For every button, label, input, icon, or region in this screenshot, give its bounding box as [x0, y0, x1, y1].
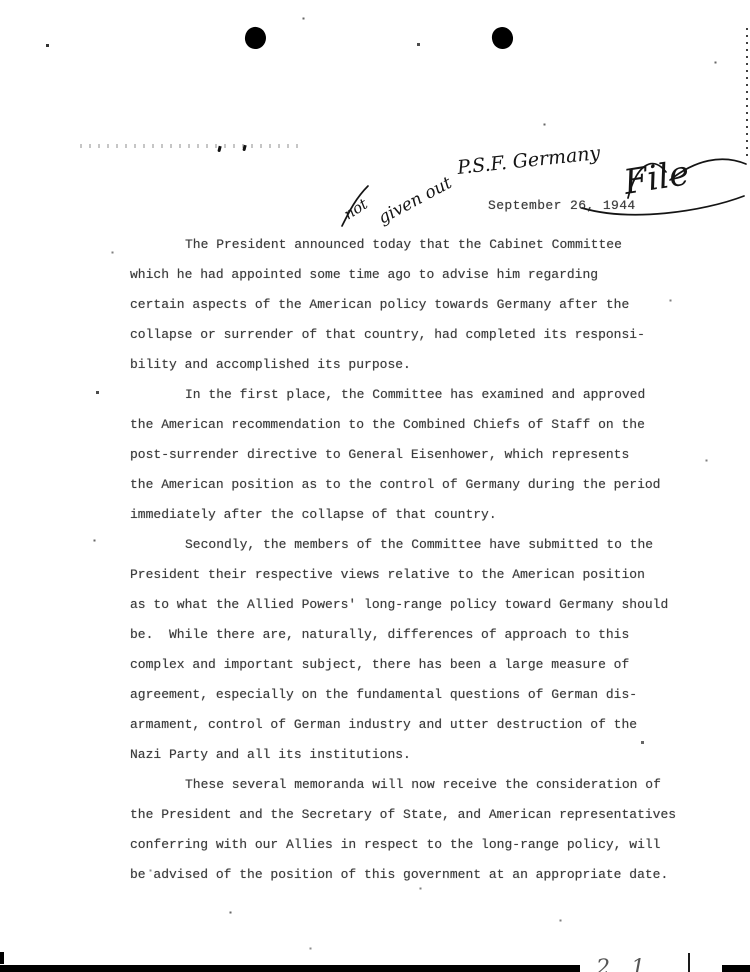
faded-type-row — [80, 144, 305, 148]
bottom-scan-bar — [0, 965, 580, 972]
annotation-word-given-out: given out — [375, 173, 455, 228]
paragraph-announcement: The President announced today that the C… — [130, 230, 690, 380]
punch-hole-right — [491, 26, 515, 51]
paragraph-secondly: Secondly, the members of the Committee h… — [130, 530, 690, 770]
stray-ink-mark — [242, 145, 246, 152]
document-date: September 26, 1944 — [488, 198, 636, 213]
paragraph-memoranda: These several memoranda will now receive… — [130, 770, 690, 890]
stray-ink-mark — [217, 146, 221, 153]
document-body: The President announced today that the C… — [130, 230, 690, 890]
scan-specks — [0, 0, 1, 1]
annotation-word-file: File — [620, 153, 692, 203]
paragraph-first-place: In the first place, the Committee has ex… — [130, 380, 690, 530]
cut-off-pencil-marks: 2 1 1 6 — [596, 956, 686, 972]
handwritten-annotation: not given out P.S.F. Germany File — [330, 138, 750, 233]
annotation-word-psf-germany: P.S.F. Germany — [455, 142, 601, 179]
bottom-scan-bar-right — [722, 965, 750, 972]
pencil-stroke-mark — [688, 953, 690, 972]
left-edge-scan-mark — [0, 952, 4, 964]
punch-hole-left — [243, 25, 268, 51]
scanned-document-page: not given out P.S.F. Germany File Septem… — [0, 0, 750, 972]
